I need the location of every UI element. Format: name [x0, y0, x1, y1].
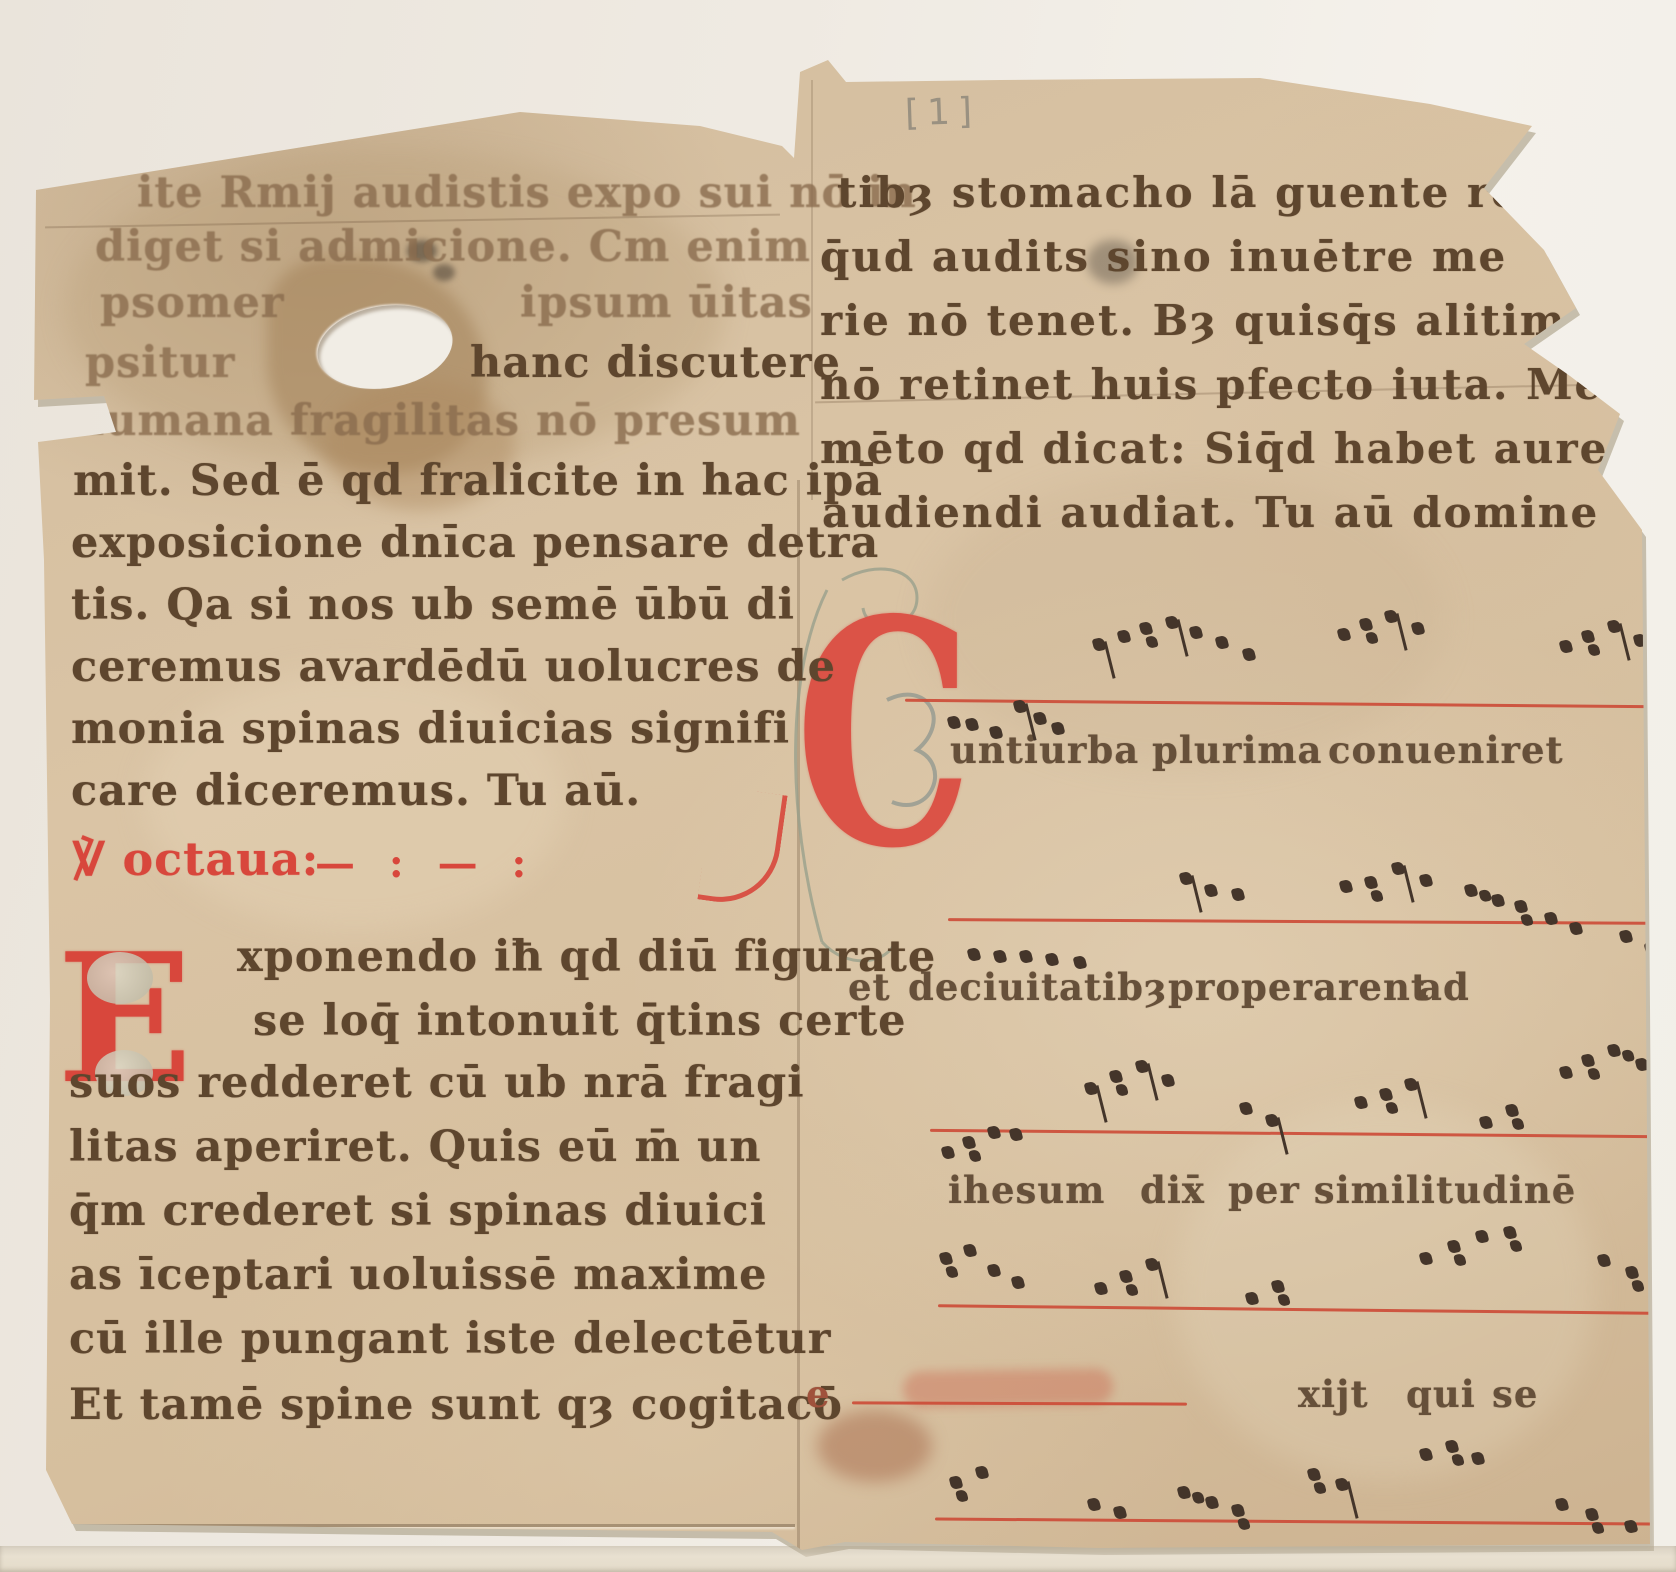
right-column-line-1: tibȝ stomacho lā guente reice — [837, 168, 1594, 217]
left-column-line-14: xponendo iħ qd diū figurate — [237, 932, 936, 982]
left-column-line-6: hanc discutere — [470, 338, 841, 388]
pencil-folio-number: [1] — [904, 91, 980, 135]
left-column-line-9: exposicione dnīca pensare detra — [71, 518, 879, 568]
neume-v — [1145, 1257, 1160, 1273]
neume-p — [1239, 1101, 1254, 1117]
neume-p — [1419, 873, 1434, 889]
neume-p — [987, 1263, 1002, 1279]
neume-pd — [1581, 629, 1596, 645]
right-column-line-3: rie nō tenet. Bȝ quisq̄s alitim — [820, 296, 1566, 345]
chant-lyric-word: e — [806, 1372, 831, 1416]
left-column-line-4: ipsum ūitas — [520, 278, 813, 328]
neume-p — [1619, 929, 1634, 945]
parchment-leaf: [1] ℣ octaua: — : — : E C ite Rmij audis… — [25, 50, 1655, 1550]
left-column-line-10: tis. Qa si nos ub semē ūbū di — [71, 580, 795, 630]
left-column-line-12: monia spinas diuicias signifi — [71, 704, 790, 754]
neume-pd — [1625, 1265, 1640, 1281]
neume-cl — [1464, 883, 1479, 899]
neume-p — [1204, 883, 1219, 899]
chant-lyric-word: per similitudinē — [1228, 1168, 1576, 1212]
left-column-line-11: ceremus avardēdū uolucres de — [71, 642, 836, 692]
left-column-line-18: q̄m crederet si spinas diuici — [69, 1186, 767, 1236]
neume-v — [1179, 871, 1194, 887]
neume-pd — [1581, 1053, 1596, 1069]
neume-p — [1011, 1275, 1026, 1291]
left-column-line-19: as īceptari uoluissē maxime — [69, 1250, 767, 1300]
chant-lyric-word: et — [848, 965, 891, 1009]
neume-pd — [1109, 1069, 1124, 1085]
chant-lyric-word: ad — [1418, 965, 1470, 1009]
neume-pd — [1505, 1103, 1520, 1119]
photograph-of-manuscript-leaf: { "folio_mark": "[1]", "colors": { "mat"… — [0, 0, 1676, 1572]
initial-ornament — [87, 952, 153, 1004]
left-column-line-13: care diceremus. Tu aū. — [71, 766, 641, 816]
left-column-line-7: humana fragilitas nō presum — [73, 396, 801, 446]
left-column-line-8: mit. Sed ē qd fralicite in hac ipā — [73, 456, 883, 506]
neume-v — [1135, 1059, 1150, 1075]
neume-p — [1559, 639, 1574, 655]
neume-p — [941, 1145, 956, 1161]
neume-cl — [1607, 1043, 1622, 1059]
left-column-line-5: psitur — [85, 338, 235, 388]
left-column-line-21: Et tamē spine sunt qȝ cogitacō — [69, 1380, 843, 1430]
neume-p — [1597, 1253, 1612, 1269]
neume-pd — [949, 1475, 964, 1491]
chant-lyric-word: untiurba — [950, 728, 1139, 772]
mottle-patch — [1175, 1100, 1595, 1480]
chant-lyric-word: deciuitatibȝ — [908, 965, 1168, 1009]
neume-p — [1231, 887, 1246, 903]
neume-pd — [1231, 1503, 1246, 1519]
left-column-line-2: diget si admicione. Cm enim — [95, 222, 811, 272]
neume-v — [1084, 1081, 1099, 1097]
neume-p — [1094, 1281, 1109, 1297]
neume-p — [1205, 1495, 1220, 1511]
chant-lyric-word: xijt — [1298, 1372, 1369, 1416]
neume-p — [963, 1243, 978, 1259]
right-column-line-6: audiendi audiat. Tu aū domine — [822, 488, 1599, 537]
left-column-line-3: psomer — [100, 278, 284, 328]
neume-pd — [962, 1135, 977, 1151]
staff-line-6 — [935, 1517, 1653, 1525]
neume-pd — [1119, 1269, 1134, 1285]
neume-v — [1404, 1077, 1419, 1093]
chant-lyric-word: ihesum — [948, 1168, 1105, 1212]
neume-pd — [1514, 899, 1529, 915]
chant-lyric-word: plurima — [1152, 728, 1323, 772]
neume-p — [1491, 893, 1506, 909]
neume-p — [975, 1465, 990, 1481]
neume-p — [1624, 1519, 1639, 1535]
neume-v — [1607, 619, 1622, 635]
staff-line-5 — [852, 1401, 1187, 1405]
neume-cl — [1177, 1485, 1192, 1501]
neume-p — [1339, 879, 1354, 895]
chant-lyric-word: dix̄ — [1140, 1168, 1205, 1212]
neume-p — [987, 1125, 1002, 1141]
left-column-line-20: cū ille pungant iste delectētur — [69, 1314, 831, 1364]
neume-pd — [939, 1251, 954, 1267]
left-column-line-15: se loq̄ intonuit q̄tins certe — [253, 996, 907, 1046]
neume-p — [1087, 1497, 1102, 1513]
neume-p — [1559, 1065, 1574, 1081]
neume-p — [1161, 1073, 1176, 1089]
neume-pd — [1585, 1507, 1600, 1523]
rubric-octava: ℣ octaua: — [73, 832, 319, 886]
left-column-line-16: suos redderet cū ub nrā fragi — [69, 1058, 805, 1108]
left-column-line-17: litas aperiret. Quis eū m̄ un — [69, 1122, 761, 1172]
versal-initial-C: C — [795, 580, 973, 890]
neume-pd — [1364, 875, 1379, 891]
neume-v — [1335, 1477, 1350, 1493]
neume-v — [1391, 861, 1406, 877]
right-column-line-5: mēto qd dicat: Siq̄d habet aures — [820, 424, 1634, 473]
chant-lyric-word: se — [1492, 1372, 1538, 1416]
chant-lyric-word: conueniret — [1328, 728, 1564, 772]
neume-p — [1555, 1497, 1570, 1513]
right-column-line-2: q̄ud audits sino inuētre me — [820, 232, 1507, 281]
rubric-line-filler: — : — : — [315, 840, 536, 887]
right-column-line-4: nō retinet huis pfecto iuta. Me — [820, 360, 1603, 409]
chant-lyric-word: qui — [1406, 1372, 1476, 1416]
left-column-line-1: ite Rmij audistis expo sui nō in — [137, 168, 917, 218]
chant-lyric-word: properarent — [1168, 965, 1429, 1009]
